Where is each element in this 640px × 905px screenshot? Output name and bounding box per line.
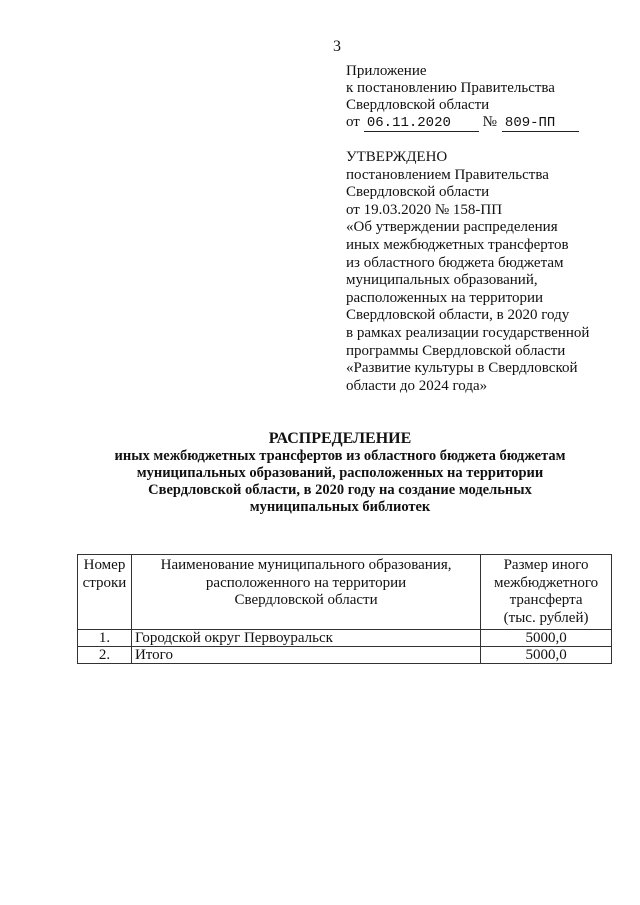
approved-block: УТВЕРЖДЕНО постановлением Правительства … <box>346 149 589 395</box>
appendix-block: Приложение к постановлению Правительства… <box>346 63 579 132</box>
approved-line: области до 2024 года» <box>346 378 589 396</box>
approved-line: из областного бюджета бюджетам <box>346 255 589 273</box>
resolution-date: 06.11.2020 <box>364 116 479 132</box>
title-line: иных межбюджетных трансфертов из областн… <box>70 448 610 465</box>
approved-line: программы Свердловской области <box>346 343 589 361</box>
approved-heading: УТВЕРЖДЕНО <box>346 149 589 167</box>
approved-line: «Об утверждении распределения <box>346 219 589 237</box>
approved-line: Свердловской области, в 2020 году <box>346 307 589 325</box>
title-line: Свердловской области, в 2020 году на соз… <box>70 482 610 499</box>
approved-line: в рамках реализации государственной <box>346 325 589 343</box>
approved-line: расположенных на территории <box>346 290 589 308</box>
table-row-total: 2. Итого 5000,0 <box>78 647 612 664</box>
header-text: трансферта <box>484 592 608 610</box>
municipality-name: Городской округ Первоуральск <box>131 630 480 647</box>
approved-line: «Развитие культуры в Свердловской <box>346 360 589 378</box>
table-row: 1. Городской округ Первоуральск 5000,0 <box>78 630 612 647</box>
title-main: РАСПРЕДЕЛЕНИЕ <box>70 429 610 448</box>
header-text: Размер иного <box>484 557 608 575</box>
header-text: Номер <box>81 557 128 575</box>
header-transfer-amount: Размер иного межбюджетного трансферта (т… <box>481 555 612 630</box>
header-municipality-name: Наименование муниципального образования,… <box>131 555 480 630</box>
transfer-amount: 5000,0 <box>481 630 612 647</box>
number-prefix: № <box>483 114 497 130</box>
page-number: 3 <box>333 38 341 56</box>
resolution-number: 809-ПП <box>502 116 579 132</box>
approved-line: от 19.03.2020 № 158-ПП <box>346 202 589 220</box>
title-line: муниципальных библиотек <box>70 499 610 516</box>
approved-line: муниципальных образований, <box>346 272 589 290</box>
approved-line: иных межбюджетных трансфертов <box>346 237 589 255</box>
header-text: Наименование муниципального образования, <box>135 557 477 575</box>
total-amount: 5000,0 <box>481 647 612 664</box>
header-row-number: Номер строки <box>78 555 132 630</box>
header-text: строки <box>81 575 128 593</box>
row-number: 1. <box>78 630 132 647</box>
title-line: муниципальных образований, расположенных… <box>70 465 610 482</box>
appendix-line: к постановлению Правительства <box>346 80 579 97</box>
approved-line: постановлением Правительства <box>346 167 589 185</box>
document-title: РАСПРЕДЕЛЕНИЕ иных межбюджетных трансфер… <box>70 429 610 516</box>
total-label: Итого <box>131 647 480 664</box>
table-header-row: Номер строки Наименование муниципального… <box>78 555 612 630</box>
date-prefix: от <box>346 114 360 130</box>
row-number: 2. <box>78 647 132 664</box>
header-text: Свердловской области <box>135 592 477 610</box>
distribution-table: Номер строки Наименование муниципального… <box>77 554 612 664</box>
appendix-line: Приложение <box>346 63 579 80</box>
appendix-date-line: от06.11.2020 №809-ПП <box>346 114 579 132</box>
header-text: (тыс. рублей) <box>484 610 608 628</box>
appendix-line: Свердловской области <box>346 97 579 114</box>
header-text: расположенного на территории <box>135 575 477 593</box>
header-text: межбюджетного <box>484 575 608 593</box>
approved-line: Свердловской области <box>346 184 589 202</box>
